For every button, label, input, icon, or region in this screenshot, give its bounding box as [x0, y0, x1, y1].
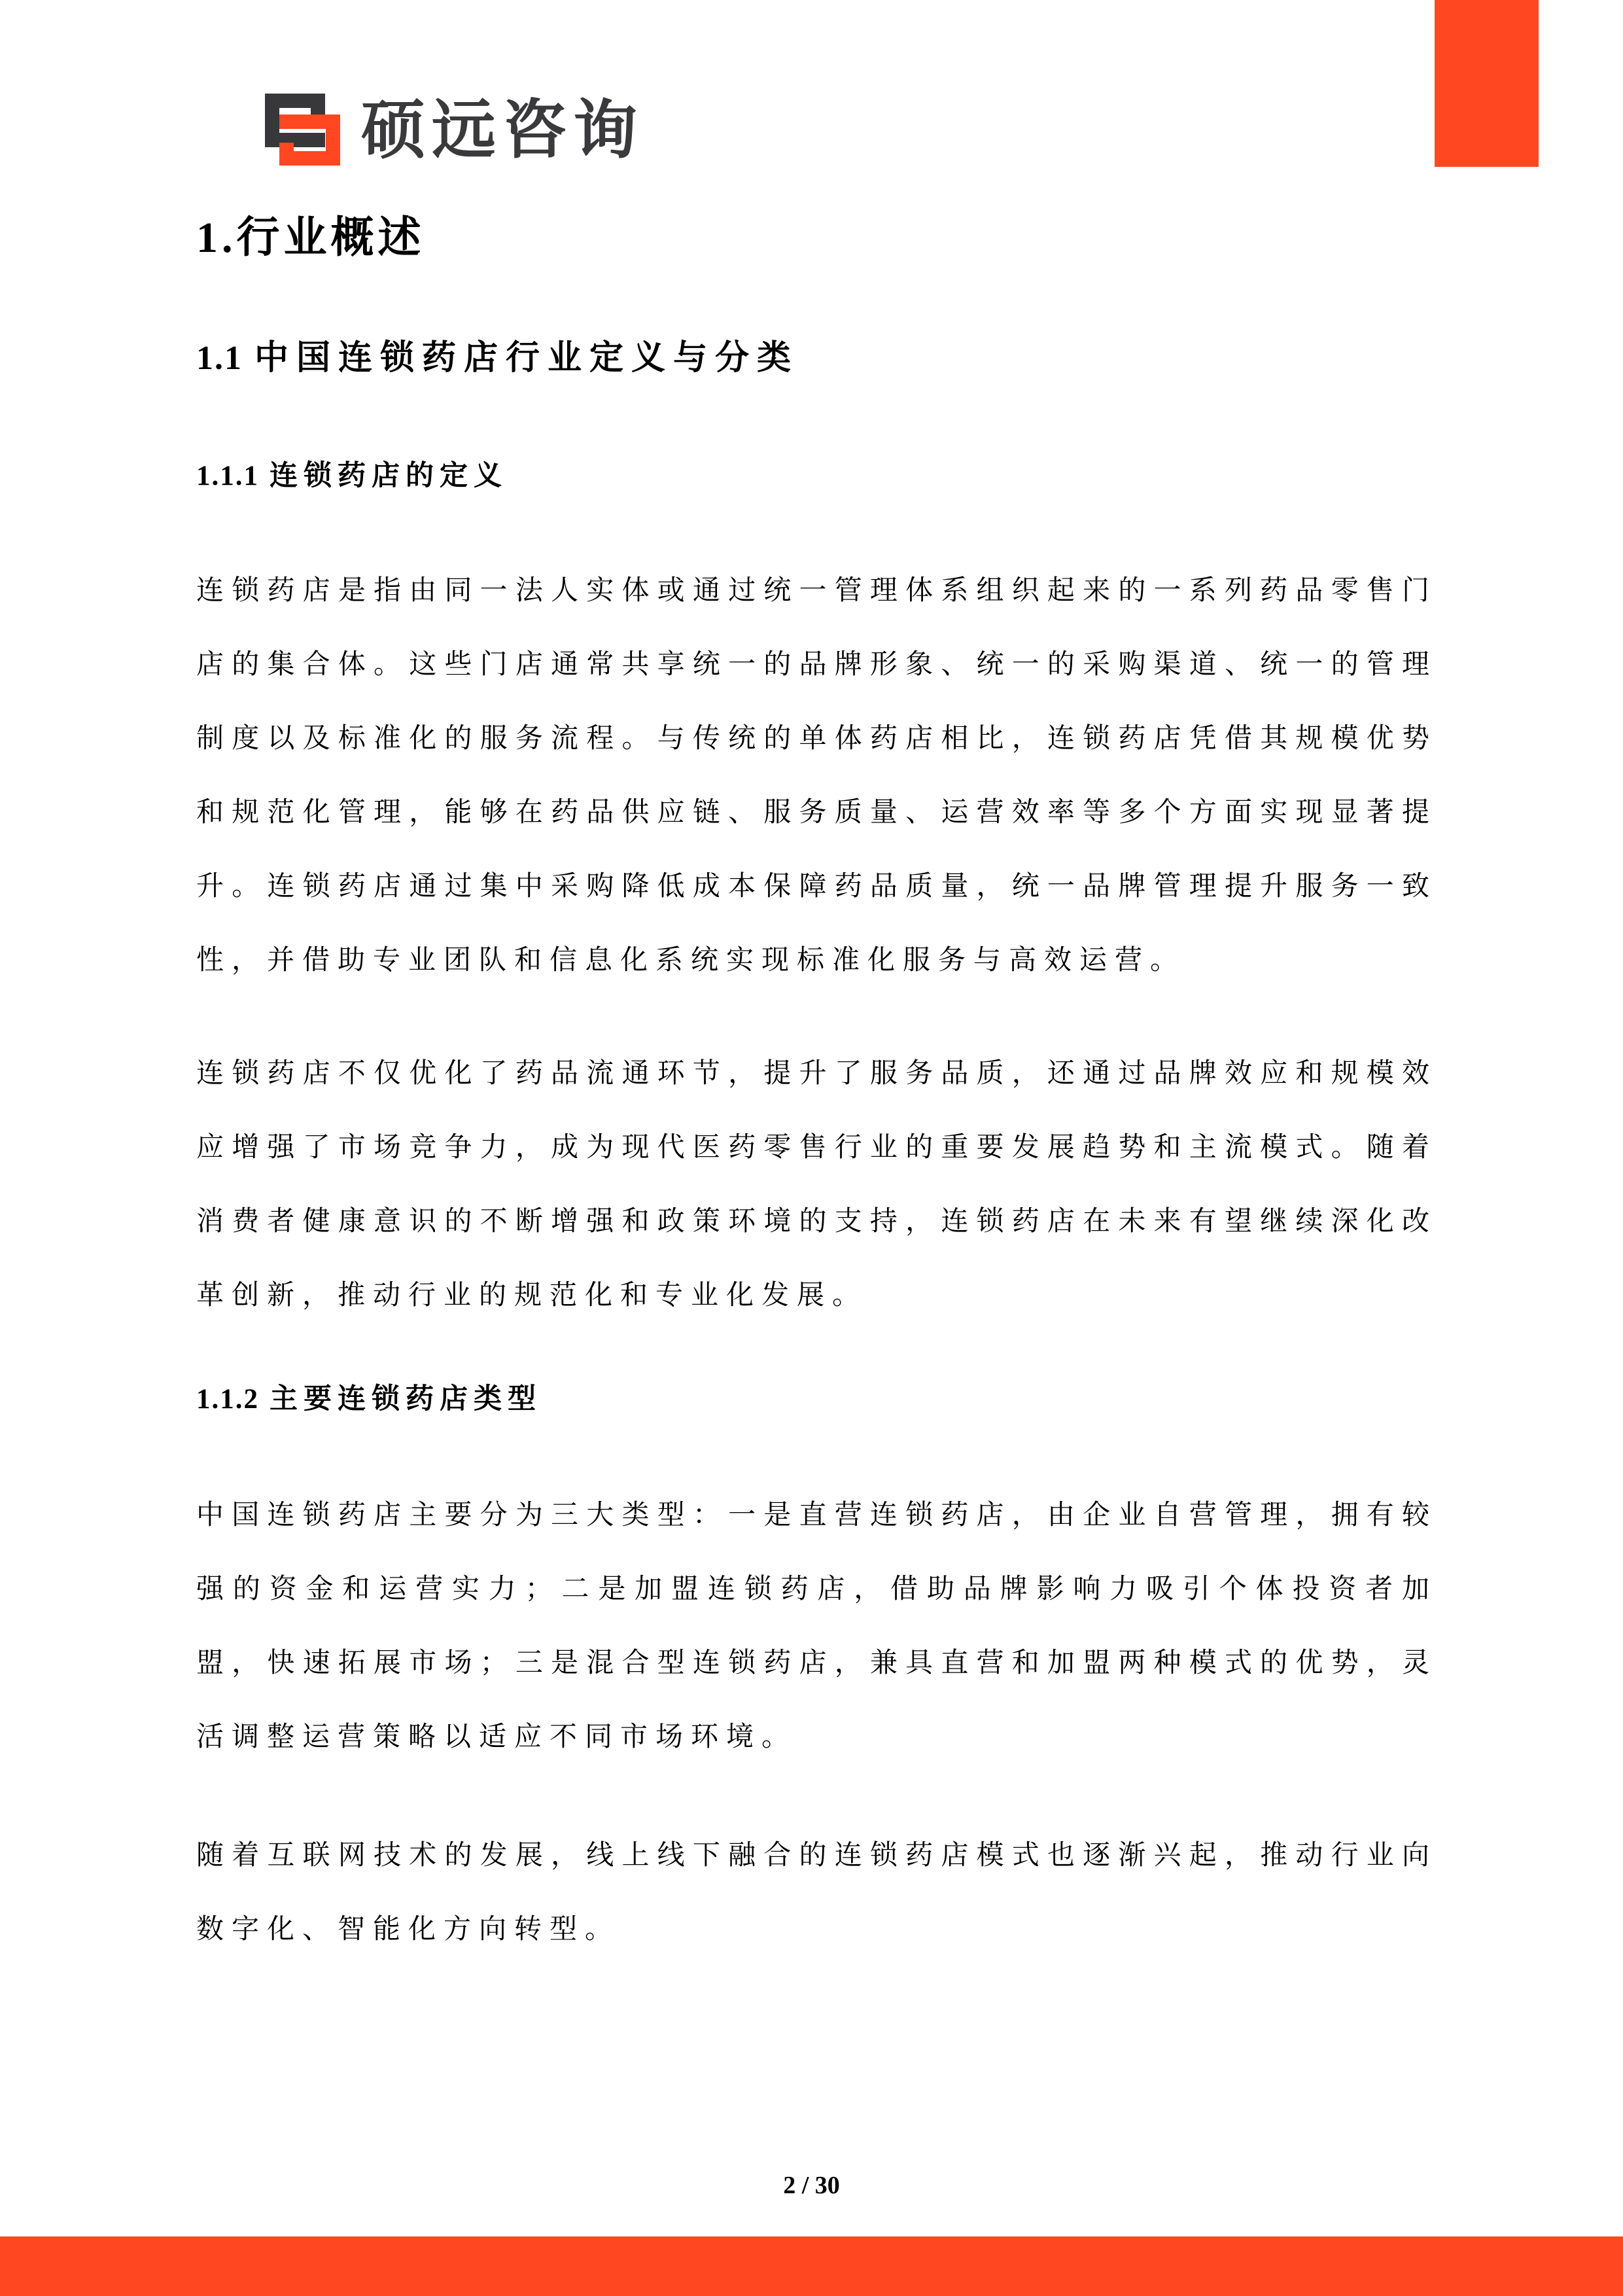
subsection-title-text: 主要连锁药店类型 [270, 1383, 542, 1415]
brand-logo-text: 硕远咨询 [361, 97, 644, 162]
subsection-heading-2: 1.1.2主要连锁药店类型 [196, 1383, 542, 1417]
top-right-accent-bar [1435, 0, 1539, 167]
brand-logo: 硕远咨询 [265, 94, 644, 166]
chapter-heading: 1.行业概述 [196, 213, 425, 263]
logo-orange-bracket-icon [279, 115, 340, 166]
body-paragraph: 连锁药店是指由同一法人实体或通过统一管理体系组织起来的一系列药品零售门店的集合体… [196, 553, 1437, 997]
subsection-title-text: 连锁药店的定义 [270, 460, 508, 491]
body-paragraph: 随着互联网技术的发展，线上线下融合的连锁药店模式也逐渐兴起，推动行业向数字化、智… [196, 1818, 1437, 1966]
body-paragraph: 中国连锁药店主要分为三大类型：一是直营连锁药店，由企业自营管理，拥有较强的资金和… [196, 1477, 1437, 1773]
subsection-number: 1.1.2 [196, 1384, 259, 1415]
subsection-number: 1.1.1 [196, 461, 259, 491]
body-paragraph: 连锁药店不仅优化了药品流通环节，提升了服务品质，还通过品牌效应和规模效应增强了市… [196, 1036, 1437, 1332]
section-title-text: 中国连锁药店行业定义与分类 [254, 339, 799, 377]
section-number: 1.1 [196, 340, 243, 377]
bottom-accent-bar [0, 2236, 1623, 2296]
chapter-number: 1. [196, 214, 237, 262]
page-number: 2 / 30 [0, 2171, 1623, 2200]
chapter-title-text: 行业概述 [237, 213, 425, 261]
section-heading: 1.1中国连锁药店行业定义与分类 [196, 339, 799, 378]
report-page: 硕远咨询 1.行业概述 1.1中国连锁药店行业定义与分类 1.1.1连锁药店的定… [0, 0, 1623, 2296]
subsection-heading-1: 1.1.1连锁药店的定义 [196, 459, 508, 493]
brand-logo-icon [265, 94, 340, 166]
